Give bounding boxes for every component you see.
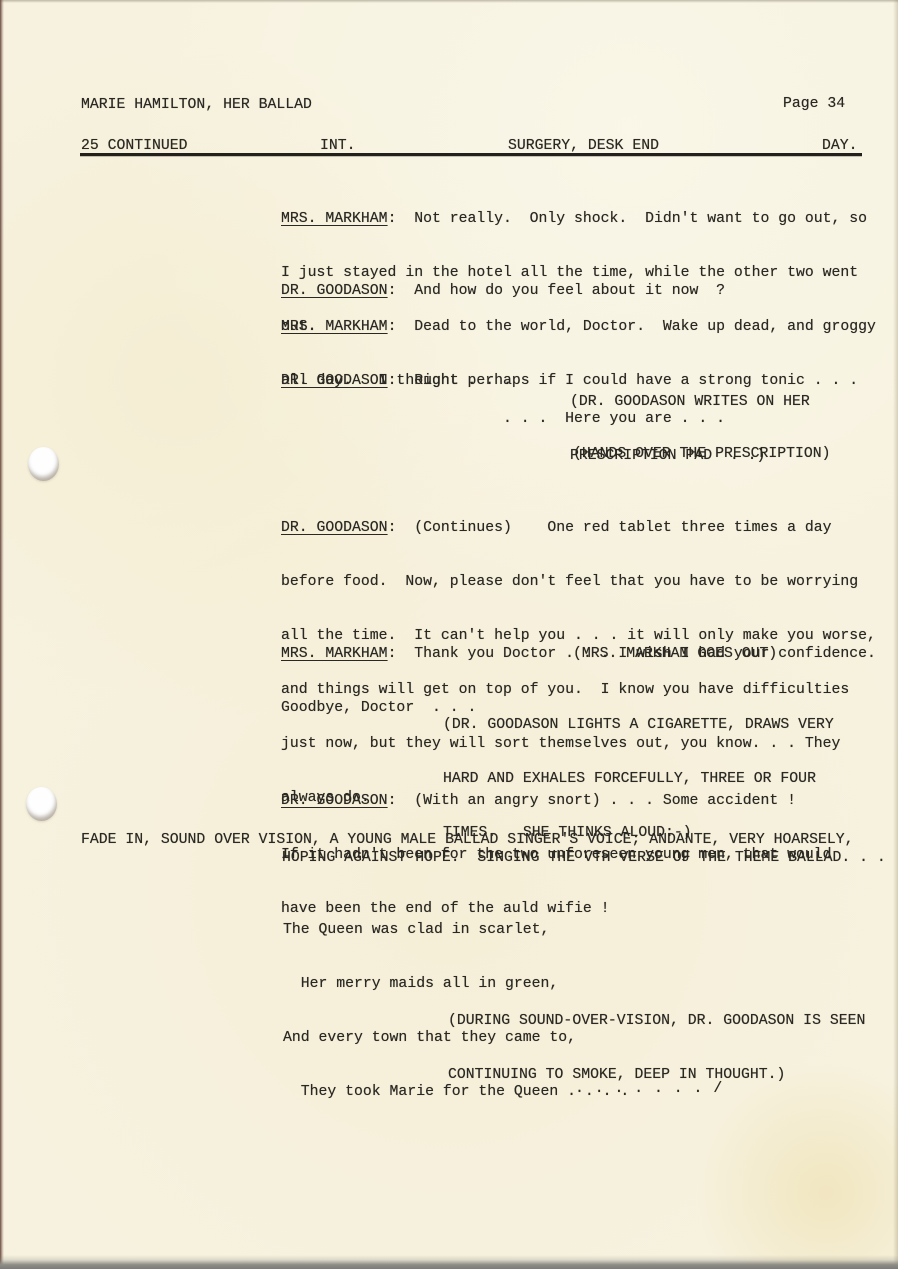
speaker-name: MRS. MARKHAM xyxy=(281,211,388,227)
page-edge-bottom xyxy=(0,1255,898,1269)
speaker-name: DR. GOODASON xyxy=(281,373,388,389)
page-edge-right xyxy=(893,0,898,1269)
direction-line: (DR. GOODASON LIGHTS A CIGARETTE, DRAWS … xyxy=(443,716,834,734)
dialogue-line: : (With an angry snort) . . . Some accid… xyxy=(388,793,796,809)
dialogue-line: : Dead to the world, Doctor. Wake up dea… xyxy=(388,319,876,335)
punch-hole-bottom xyxy=(26,787,57,821)
direction-line: (DR. GOODASON WRITES ON HER xyxy=(570,393,810,411)
punch-hole-top xyxy=(28,447,59,481)
speaker-name: DR. GOODASON xyxy=(281,520,388,536)
page-edge-left xyxy=(0,0,4,1269)
verse-line: The Queen was clad in scarlet, xyxy=(283,921,629,939)
scene-heading-rule xyxy=(80,153,862,156)
dialogue-line: before food. Now, please don't feel that… xyxy=(281,573,876,591)
speaker-name: DR. GOODASON xyxy=(281,793,388,809)
page-title: MARIE HAMILTON, HER BALLAD xyxy=(81,96,312,114)
script-page: MARIE HAMILTON, HER BALLAD Page 34 25 CO… xyxy=(0,0,898,1269)
dialogue-goodason-2: DR. GOODASON: Right . . . xyxy=(281,336,512,426)
transition-fade-in-line2: HOPING AGAINST HOPE. SINGING THE VTH VER… xyxy=(282,849,886,867)
stage-direction-writes: (DR. GOODASON WRITES ON HER PRESCRIPTION… xyxy=(570,357,810,501)
speaker-name: MRS. MARKHAM xyxy=(281,319,388,335)
dialogue-here-you-are: . . . Here you are . . . xyxy=(503,410,725,428)
dialogue-line: : Not really. Only shock. Didn't want to… xyxy=(388,211,868,227)
transition-fade-in-line1: FADE IN, SOUND OVER VISION, A YOUNG MALE… xyxy=(81,831,854,849)
speaker-name: MRS. MARKHAM xyxy=(281,646,388,662)
dialogue-line: : (Continues) One red tablet three times… xyxy=(388,520,832,536)
dialogue-line: : Right . . . xyxy=(388,373,512,389)
stage-direction-goes-out: (MRS. MARKHAM GOES OUT) xyxy=(573,645,777,663)
direction-line: (DURING SOUND-OVER-VISION, DR. GOODASON … xyxy=(448,1012,865,1030)
page-number: Page 34 xyxy=(783,95,845,113)
page-edge-top xyxy=(0,0,898,3)
stage-direction-during: (DURING SOUND-OVER-VISION, DR. GOODASON … xyxy=(448,976,865,1120)
stage-direction-hands: (HANDS OVER THE PRESCRIPTION) xyxy=(573,445,831,463)
continuation-mark: . . . . . . . / xyxy=(575,1080,723,1098)
